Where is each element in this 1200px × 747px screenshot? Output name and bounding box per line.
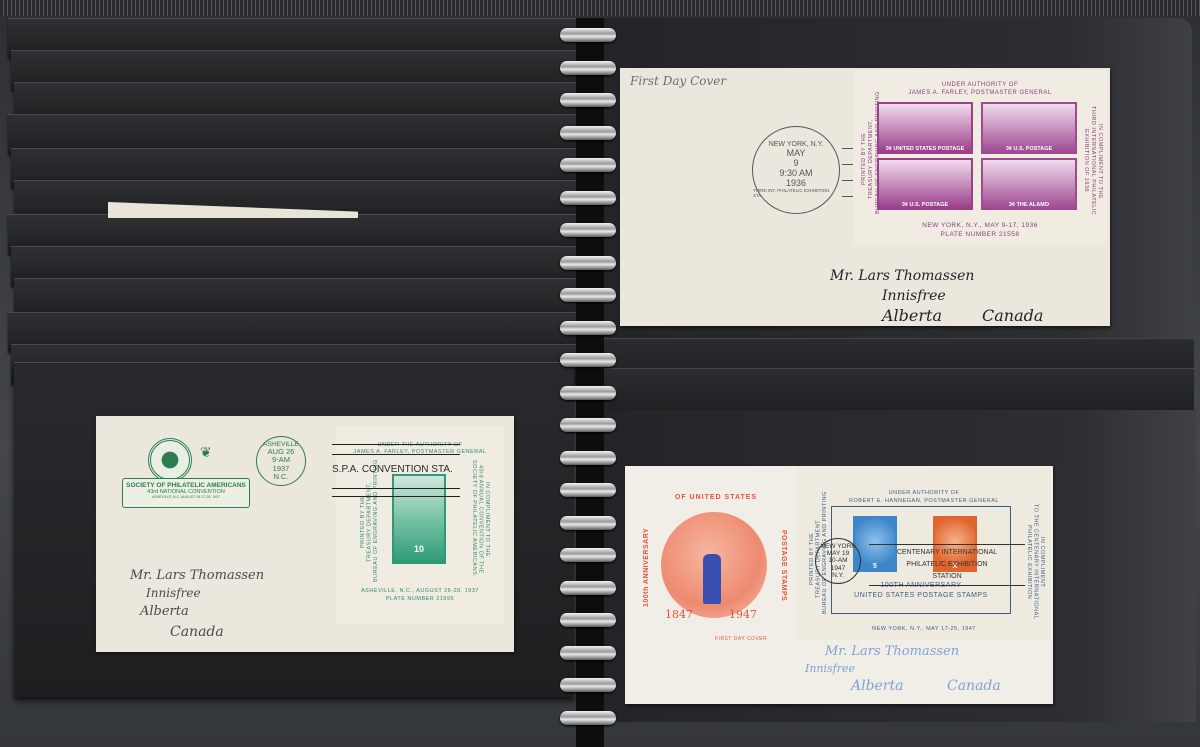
olive-branch-icon: ❦ — [200, 444, 212, 461]
address-line: Alberta — [851, 678, 904, 694]
address-line: Innisfree — [146, 586, 201, 600]
binder-ring — [560, 321, 616, 335]
sheet-footer: NEW YORK, N.Y., MAY 9-17, 1936 — [853, 222, 1107, 229]
binder-ring — [560, 418, 616, 432]
sheet-header: UNDER THE AUTHORITY OF — [336, 442, 504, 448]
binder-ring — [560, 581, 616, 595]
binder-ring — [560, 256, 616, 270]
cachet-arc-left: 100th ANNIVERSARY — [643, 502, 650, 632]
margin-line: TREASURY DEPARTMENT, — [868, 119, 874, 199]
stamp-value: 3¢ UNITED STATES POSTAGE — [886, 146, 965, 152]
cancel-slogan: S.P.A. CONVENTION STA. — [332, 464, 453, 475]
cachet-caption: FIRST DAY COVER — [715, 636, 767, 642]
cancel-line — [332, 496, 460, 497]
margin-line: 43rd ANNUAL CONVENTION OF THE — [478, 465, 484, 574]
binder-ring — [560, 126, 616, 140]
binder-ring — [560, 288, 616, 302]
mail-carrier-figure — [703, 554, 721, 604]
binder-ring — [560, 191, 616, 205]
cachet-banner: SOCIETY OF PHILATELIC AMERICANS 43rd NAT… — [122, 478, 250, 508]
cancel-slogan-line: CENTENARY INTERNATIONAL — [869, 547, 1025, 559]
address-line: Mr. Lars Thomassen — [830, 268, 974, 284]
stamp-california-pacific-international-exposition: 3¢ U.S. POSTAGE — [981, 102, 1077, 154]
cover-annotation: First Day Cover — [630, 74, 726, 88]
sheet-plate-number: PLATE NUMBER 21695 — [336, 596, 504, 602]
sheet-right-margin: IN COMPLIMENT TO THE 43rd ANNUAL CONVENT… — [471, 454, 491, 584]
address-line: Canada — [947, 678, 1001, 694]
stamp-value: 10 — [414, 544, 424, 554]
margin-line: PRINTED BY THE — [360, 496, 366, 548]
margin-line: EXHIBITION OF 1936 — [1083, 129, 1089, 192]
sheet-header: ROBERT E. HANNEGAN, POSTMASTER GENERAL — [797, 498, 1051, 504]
slogan-cancel: CENTENARY INTERNATIONAL PHILATELIC EXHIB… — [869, 544, 1025, 586]
address-line: Canada — [170, 624, 224, 640]
cancel-slogan-line: STATION — [869, 571, 1025, 583]
sheet-header: UNDER AUTHORITY OF — [797, 490, 1051, 496]
cachet-arc-top: OF UNITED STATES — [655, 494, 777, 501]
postmark-asheville: ASHEVILLE AUG 26 9-AM 1937 N.C. — [256, 436, 306, 486]
binder-top-edge — [0, 0, 1200, 16]
binder-ring — [560, 646, 616, 660]
margin-line: IN COMPLIMENT TO THE — [1097, 124, 1103, 199]
binder-ring — [560, 613, 616, 627]
postmark-state: N.C. — [274, 473, 289, 481]
postmark-new-york-1947: NEW YORK MAY 19 10-AM 1947 N.Y. — [815, 538, 861, 584]
stamp-value: 3¢ THE ALAMO — [1009, 202, 1049, 208]
sheet-footer: ASHEVILLE, N.C., AUGUST 26-28, 1937 — [336, 588, 504, 594]
cachet-centenary: OF UNITED STATES 100th ANNIVERSARY POSTA… — [649, 494, 779, 632]
souvenir-sheet-tipex-1936: UNDER AUTHORITY OF JAMES A. FARLEY, POST… — [853, 70, 1107, 245]
album-page-edge[interactable] — [600, 368, 1194, 412]
margin-line: TO THE CENTENARY INTERNATIONAL — [1033, 504, 1039, 619]
stamp-connecticut-tercentenary: 3¢ UNITED STATES POSTAGE — [877, 102, 973, 154]
address-line: Alberta — [882, 306, 942, 325]
margin-line: IN COMPLIMENT TO THE — [484, 482, 490, 557]
postmark-date: MAY 19 — [827, 550, 850, 557]
address-line: Mr. Lars Thomassen — [825, 644, 959, 659]
cachet-title: SOCIETY OF PHILATELIC AMERICANS — [123, 482, 249, 489]
margin-line: PHILATELIC EXHIBITION — [1026, 525, 1032, 599]
address-line: Innisfree — [882, 288, 946, 304]
postmark-new-york: NEW YORK, N.Y. MAY 9 9:30 AM 1936 THIRD … — [752, 126, 840, 214]
address-line: Alberta — [140, 604, 189, 619]
stamp-value: 3¢ U.S. POSTAGE — [902, 202, 948, 208]
binder-ring — [560, 483, 616, 497]
binder-ring — [560, 548, 616, 562]
souvenir-sheet-1937: UNDER THE AUTHORITY OF JAMES A. FARLEY, … — [336, 426, 504, 624]
seal-icon — [148, 438, 192, 482]
sheet-plate-number: PLATE NUMBER 21558 — [853, 231, 1107, 238]
sheet-inner-caption: UNITED STATES POSTAGE STAMPS — [831, 592, 1011, 599]
postmark-year: 1947 — [831, 565, 845, 572]
postmark-station: THIRD INT. PHILATELIC EXHIBITION STA. — [753, 189, 839, 199]
cachet-arc-right: POSTAGE STAMPS — [780, 500, 787, 632]
binder-ring — [560, 28, 616, 42]
address-line: Canada — [982, 306, 1043, 325]
margin-line: IN COMPLIMENT — [1039, 537, 1045, 587]
address-line: Innisfree — [805, 662, 855, 675]
binder-ring — [560, 516, 616, 530]
sheet-right-margin: IN COMPLIMENT TO THE CENTENARY INTERNATI… — [1026, 502, 1046, 622]
album-photo: First Day Cover NEW YORK, N.Y. MAY 9 9:3… — [0, 0, 1200, 747]
margin-line: SOCIETY OF PHILATELIC AMERICANS. — [471, 460, 477, 577]
margin-line: BUREAU OF ENGRAVING AND PRINTING — [373, 459, 379, 582]
margin-line: THIRD INTERNATIONAL PHILATELIC — [1090, 106, 1096, 215]
binder-ring — [560, 711, 616, 725]
binder-ring — [560, 678, 616, 692]
sheet-right-margin: IN COMPLIMENT TO THE THIRD INTERNATIONAL… — [1082, 86, 1103, 236]
stamp-texas-centennial: 3¢ THE ALAMO — [981, 158, 1077, 210]
margin-line: PRINTED BY THE — [861, 133, 867, 185]
cachet-year-1947: 1947 — [729, 608, 757, 621]
postmark-city: NEW YORK — [820, 543, 855, 550]
binder-ring — [560, 158, 616, 172]
binder-ring — [560, 386, 616, 400]
cachet-spa-convention: ❦ SOCIETY OF PHILATELIC AMERICANS 43rd N… — [116, 436, 256, 512]
first-day-cover-1947[interactable]: OF UNITED STATES 100th ANNIVERSARY POSTA… — [625, 466, 1053, 704]
binder-ring — [560, 353, 616, 367]
binder-ring — [560, 451, 616, 465]
cachet-detail: ASHEVILLE, N.C. AUGUST 26-27-28, 1937 — [123, 495, 249, 499]
stamp-value: 3¢ U.S. POSTAGE — [1006, 146, 1052, 152]
cancel-slogan-line: PHILATELIC EXHIBITION — [869, 559, 1025, 571]
cancel-line — [332, 444, 460, 445]
postmark-time: 10-AM — [828, 557, 847, 564]
sheet-header: UNDER AUTHORITY OF — [853, 82, 1107, 88]
first-day-cover-1936[interactable]: First Day Cover NEW YORK, N.Y. MAY 9 9:3… — [620, 68, 1110, 326]
postmark-state: N.Y. — [832, 572, 844, 579]
sheet-header: JAMES A. FARLEY, POSTMASTER GENERAL — [853, 90, 1107, 96]
cancel-line — [332, 488, 460, 489]
binder-ring — [560, 223, 616, 237]
binder-ring — [560, 61, 616, 75]
stamp-michigan-centenary: 3¢ U.S. POSTAGE — [877, 158, 973, 210]
margin-line: TREASURY DEPARTMENT, — [367, 482, 373, 562]
sheet-footer: NEW YORK, N.Y., MAY 17-25, 1947 — [797, 626, 1051, 632]
cancel-line — [332, 454, 460, 455]
sheet-left-margin: PRINTED BY THE TREASURY DEPARTMENT, BURE… — [360, 462, 380, 582]
cachet-year-1847: 1847 — [665, 608, 693, 621]
binder-ring — [560, 93, 616, 107]
first-day-cover-1937[interactable]: ❦ SOCIETY OF PHILATELIC AMERICANS 43rd N… — [96, 416, 514, 652]
address-line: Mr. Lars Thomassen — [130, 568, 264, 583]
